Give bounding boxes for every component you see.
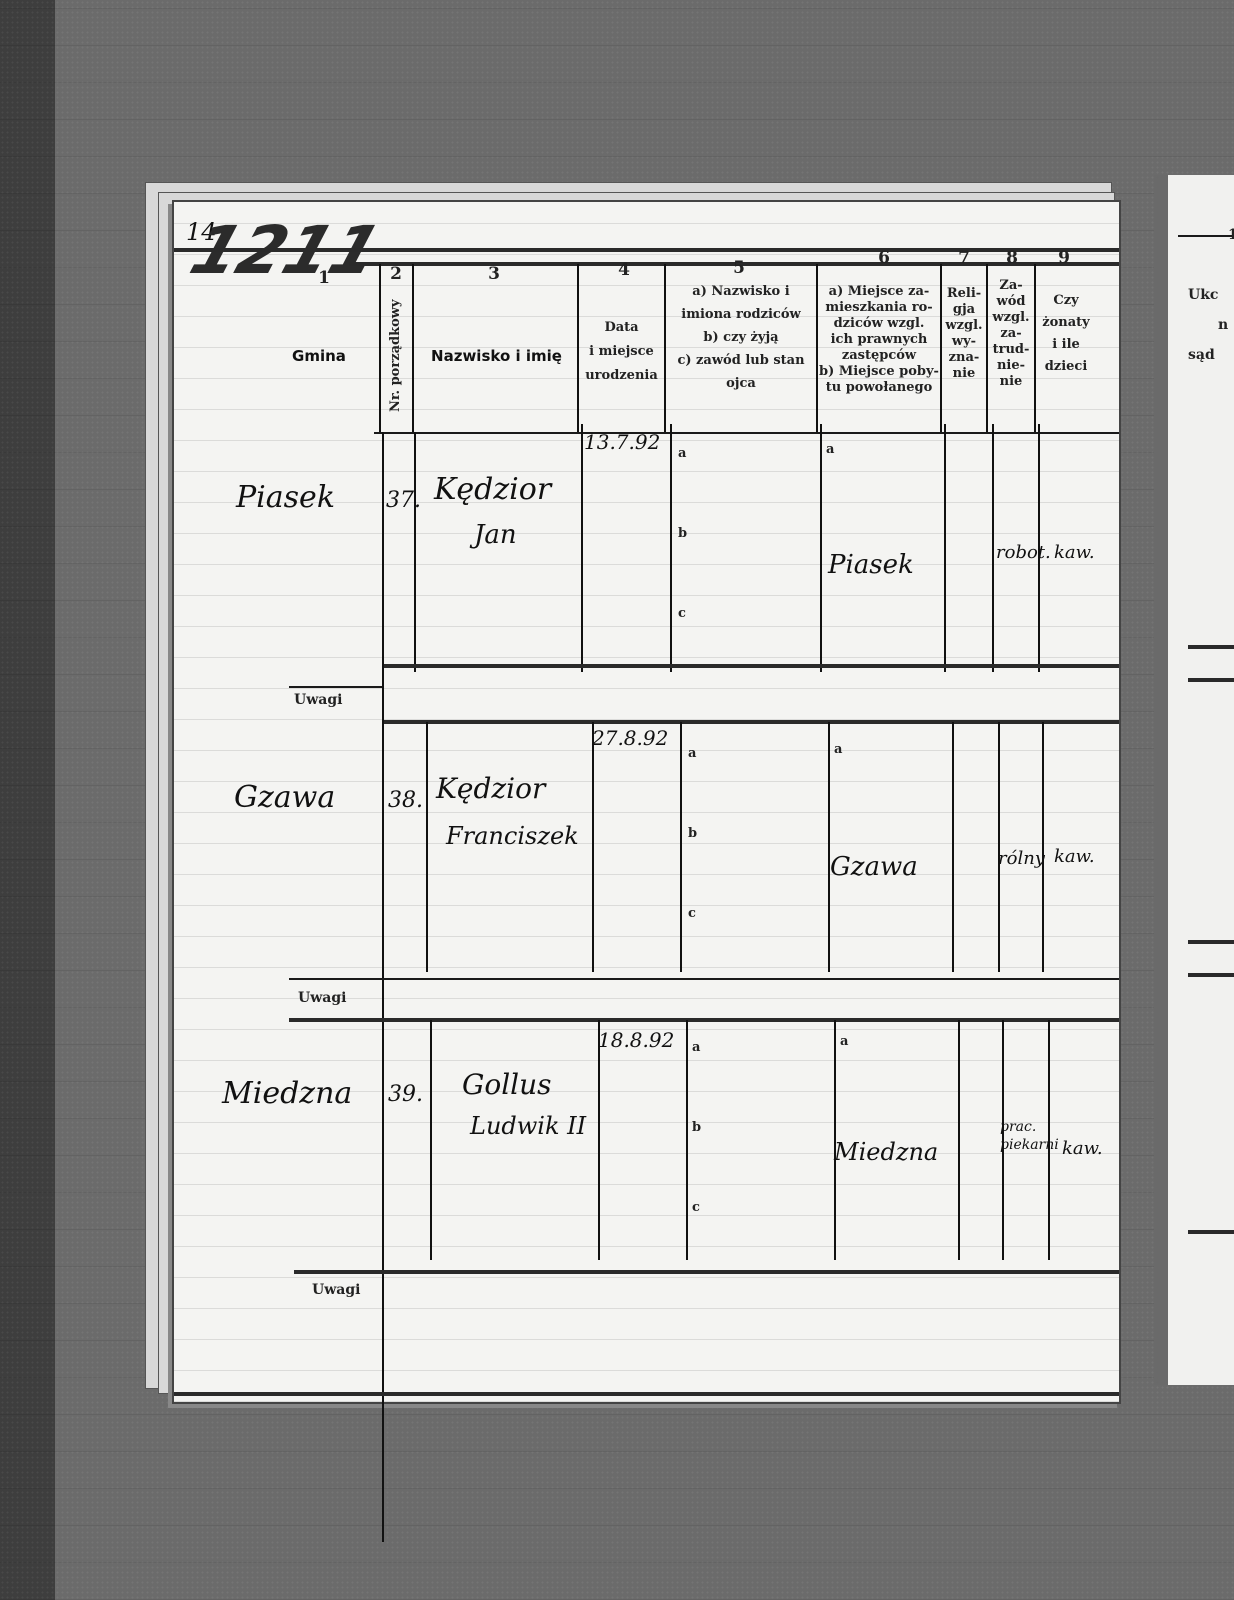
adjacent-page: 1 Ukc n sąd	[1154, 175, 1234, 1385]
birth-date-value: 13.7.92	[584, 430, 660, 454]
surname-value: Kędzior	[434, 472, 551, 507]
occupation-value: rólny	[998, 848, 1045, 869]
nr-value: 38.	[388, 788, 423, 813]
occupation-value: prac. piekarni	[1000, 1118, 1044, 1154]
col-religion-header: Reli- gja wzgl. wy- zna- nie	[942, 286, 986, 382]
married-value: kaw.	[1054, 846, 1095, 867]
nr-value: 39.	[388, 1082, 423, 1107]
register-page: 14 1211 1 2 3 4 5 6 7 8 9 Gmina Nr. porz…	[172, 200, 1121, 1404]
gmina-value: Miedzna	[222, 1076, 352, 1111]
surname-value: Gollus	[462, 1068, 552, 1101]
gmina-value: Piasek	[236, 480, 335, 515]
given-name-value: Franciszek	[446, 822, 579, 850]
married-value: kaw.	[1062, 1138, 1103, 1159]
col-name-header: Nazwisko i imię	[419, 348, 574, 364]
married-value: kaw.	[1054, 542, 1095, 563]
col-nr-header: Nr. porządkowy	[388, 299, 403, 412]
col-residence-header: a) Miejsce za- mieszkania ro- dziców wzg…	[818, 284, 940, 396]
remarks-label: Uwagi	[294, 692, 342, 708]
residence-b-value: Miedzna	[834, 1138, 938, 1166]
remarks-label: Uwagi	[298, 990, 346, 1006]
col-parents-header: a) Nazwisko i imiona rodziców b) czy żyj…	[666, 280, 816, 395]
remarks-label: Uwagi	[312, 1282, 360, 1298]
residence-b-value: Piasek	[828, 550, 914, 580]
col-birth-header: Data i miejsce urodzenia	[579, 316, 664, 388]
birth-date-value: 27.8.92	[592, 726, 668, 750]
col-occupation-header: Za- wód wzgl. za- trud- nie- nie	[988, 278, 1034, 390]
surname-value: Kędzior	[436, 772, 545, 805]
given-name-value: Jan	[474, 520, 517, 550]
given-name-value: Ludwik II	[470, 1112, 586, 1140]
birth-date-value: 18.8.92	[598, 1028, 674, 1052]
occupation-value: robot.	[996, 542, 1051, 563]
gmina-value: Gzawa	[234, 780, 335, 815]
col-married-header: Czy żonaty i ile dzieci	[1036, 290, 1096, 378]
residence-b-value: Gzawa	[830, 852, 918, 882]
col-gmina-header: Gmina	[269, 348, 369, 364]
nr-value: 37.	[386, 488, 421, 513]
